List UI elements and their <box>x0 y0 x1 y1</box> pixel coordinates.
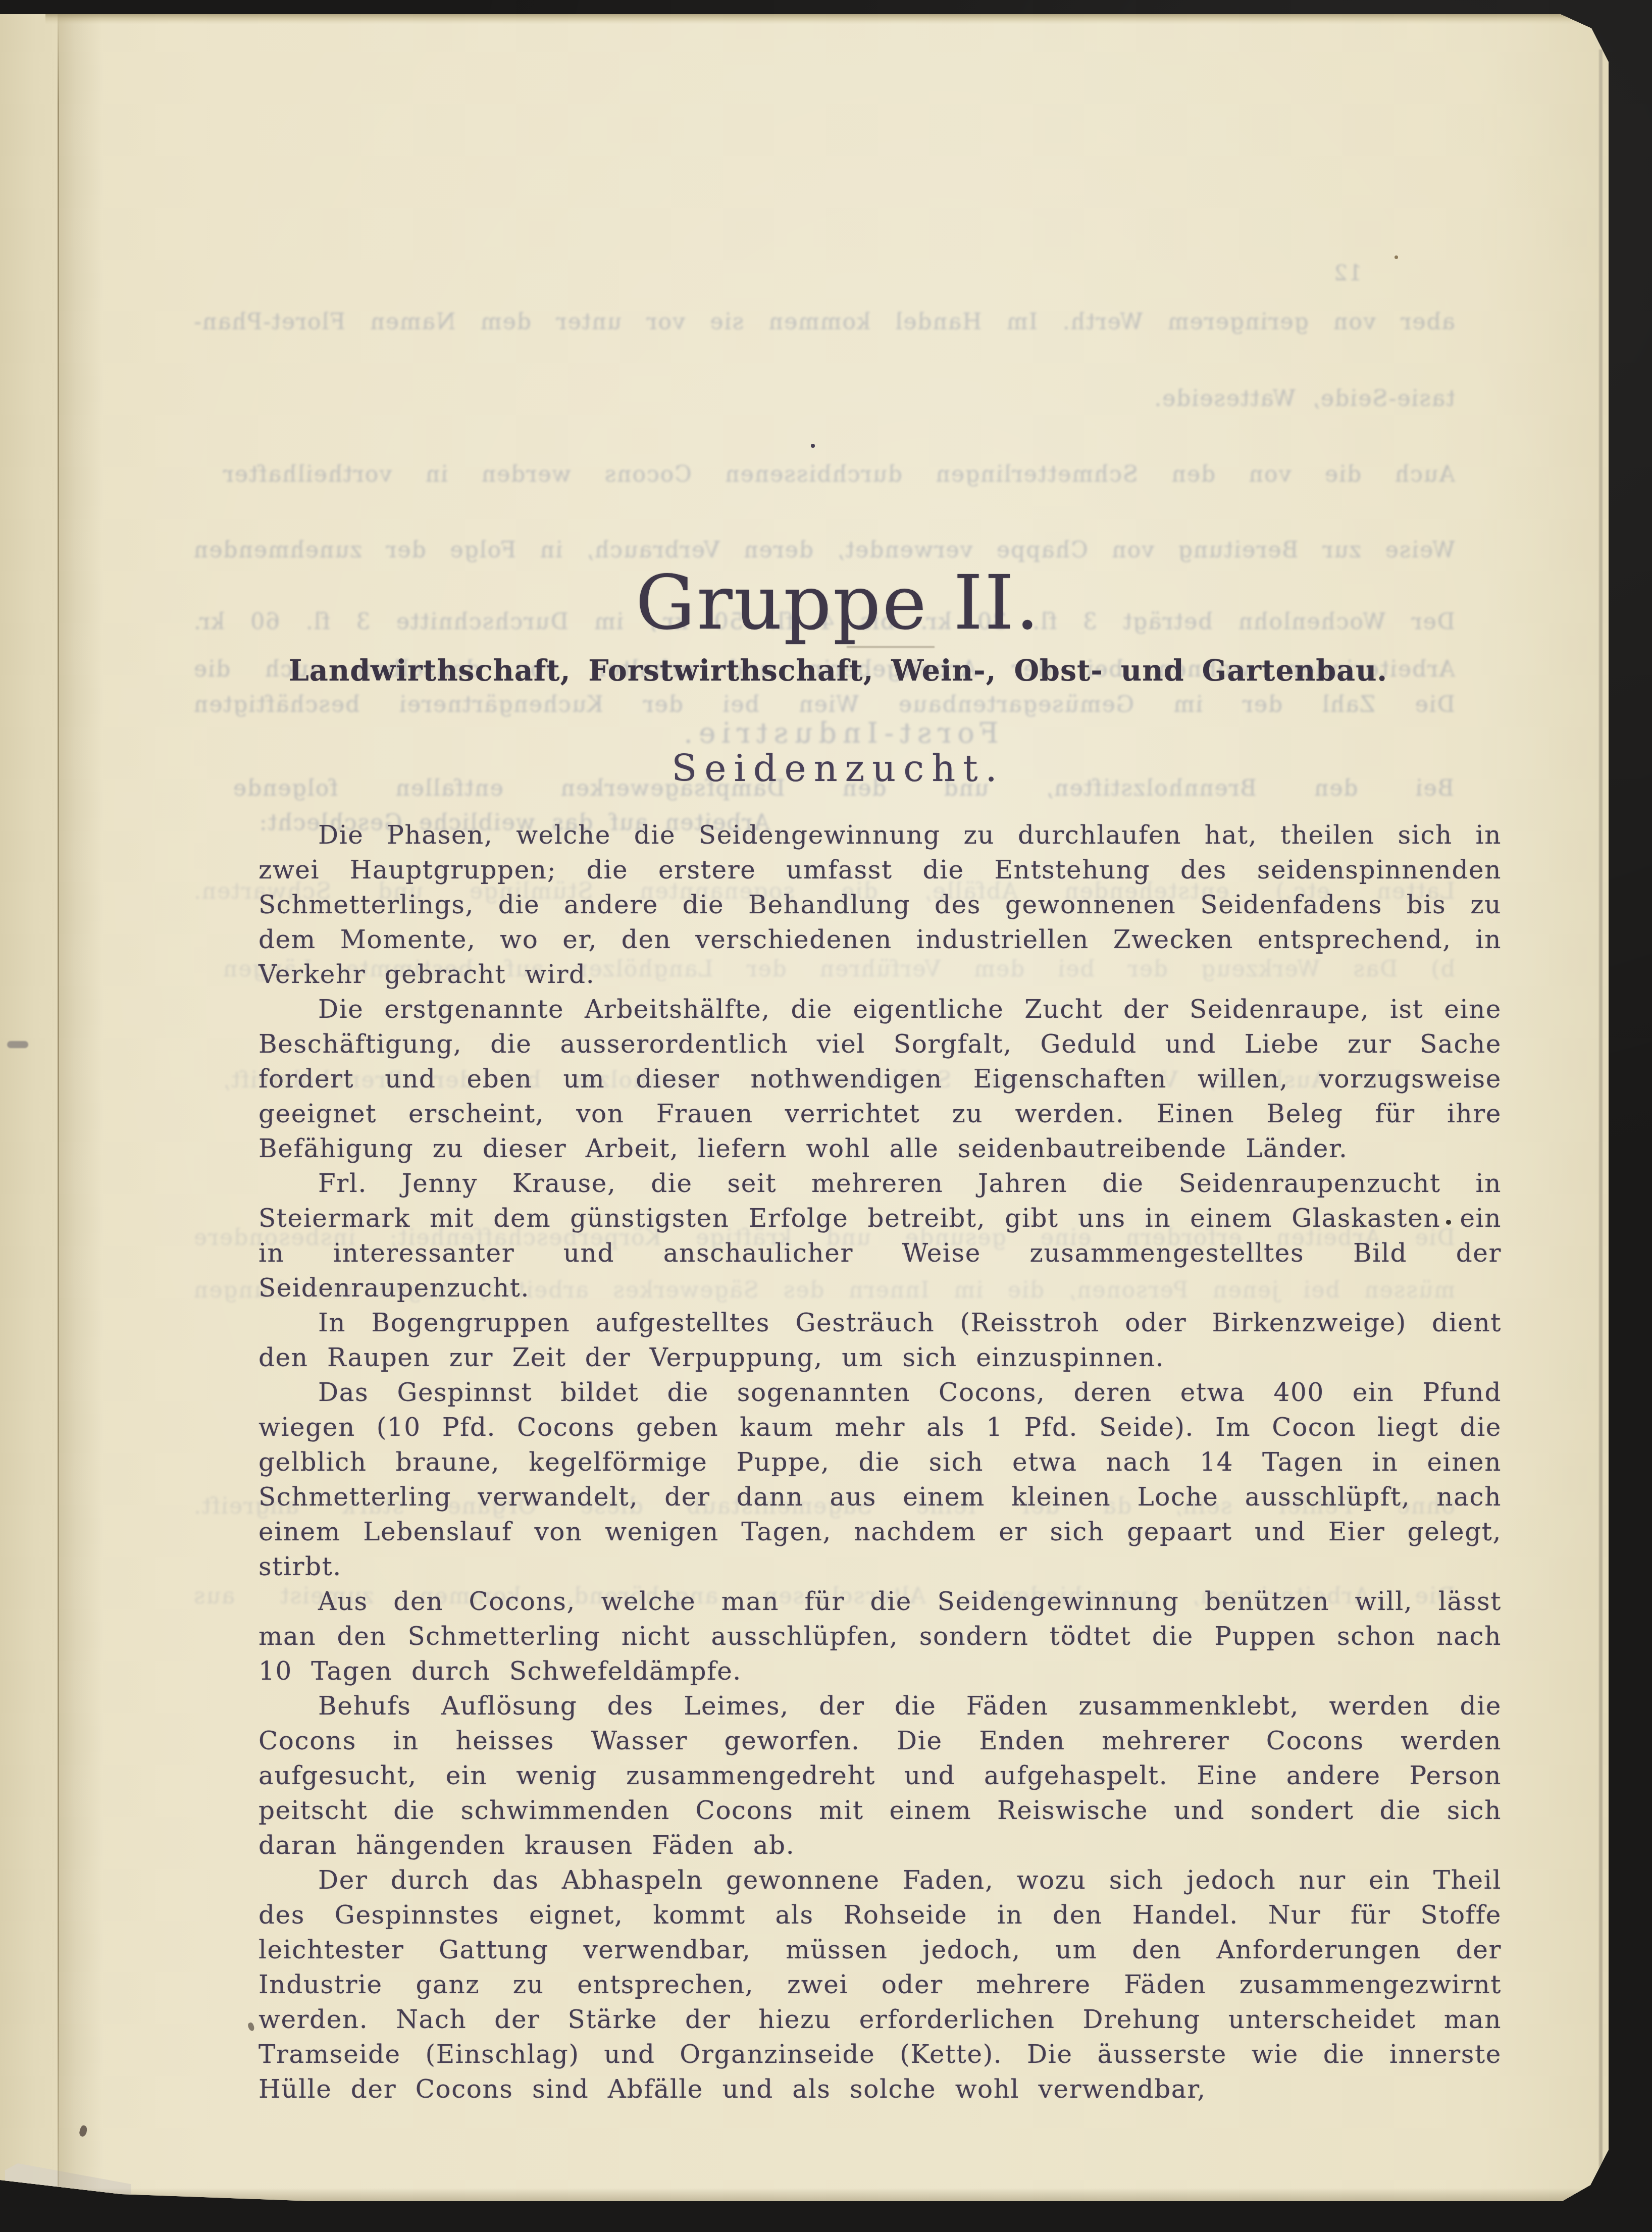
body-paragraph: In Bogengruppen aufgestelltes Gesträuch … <box>259 1306 1502 1375</box>
body-text-block: Die Phasen, welche die Seidengewinnung z… <box>259 818 1502 2107</box>
page-paper: 12 aber von geringerem Werth. Im Handel … <box>0 14 1609 2201</box>
scanned-book-page: 12 aber von geringerem Werth. Im Handel … <box>0 0 1652 2232</box>
section-title: Seidenzucht. <box>202 747 1474 790</box>
body-paragraph: Die erstgenannte Arbeitshälfte, die eige… <box>259 992 1502 1166</box>
dust-speck <box>1446 1220 1451 1225</box>
body-paragraph: Der durch das Abhaspeln gewonnene Faden,… <box>259 1863 1502 2107</box>
group-title: Gruppe II. <box>202 562 1474 644</box>
body-paragraph: Behufs Auflösung des Leimes, der die Fäd… <box>259 1689 1502 1863</box>
body-paragraph: Die Phasen, welche die Seidengewinnung z… <box>259 818 1502 992</box>
body-paragraph: Frl. Jenny Krause, die seit mehreren Jah… <box>259 1166 1502 1306</box>
dust-speck <box>811 444 815 448</box>
margin-mark <box>7 1041 28 1048</box>
group-subtitle: Landwirthschaft, Forstwirthschaft, Wein-… <box>202 654 1474 688</box>
printed-content: Gruppe II. Landwirthschaft, Forstwirthsc… <box>0 14 1609 2201</box>
dust-speck <box>1395 255 1398 259</box>
title-underline-mark <box>847 646 935 648</box>
body-paragraph: Das Gespinnst bildet die sogenannten Coc… <box>259 1375 1502 1584</box>
body-paragraph: Aus den Cocons, welche man für die Seide… <box>259 1584 1502 1689</box>
dust-speck <box>472 1982 475 1985</box>
